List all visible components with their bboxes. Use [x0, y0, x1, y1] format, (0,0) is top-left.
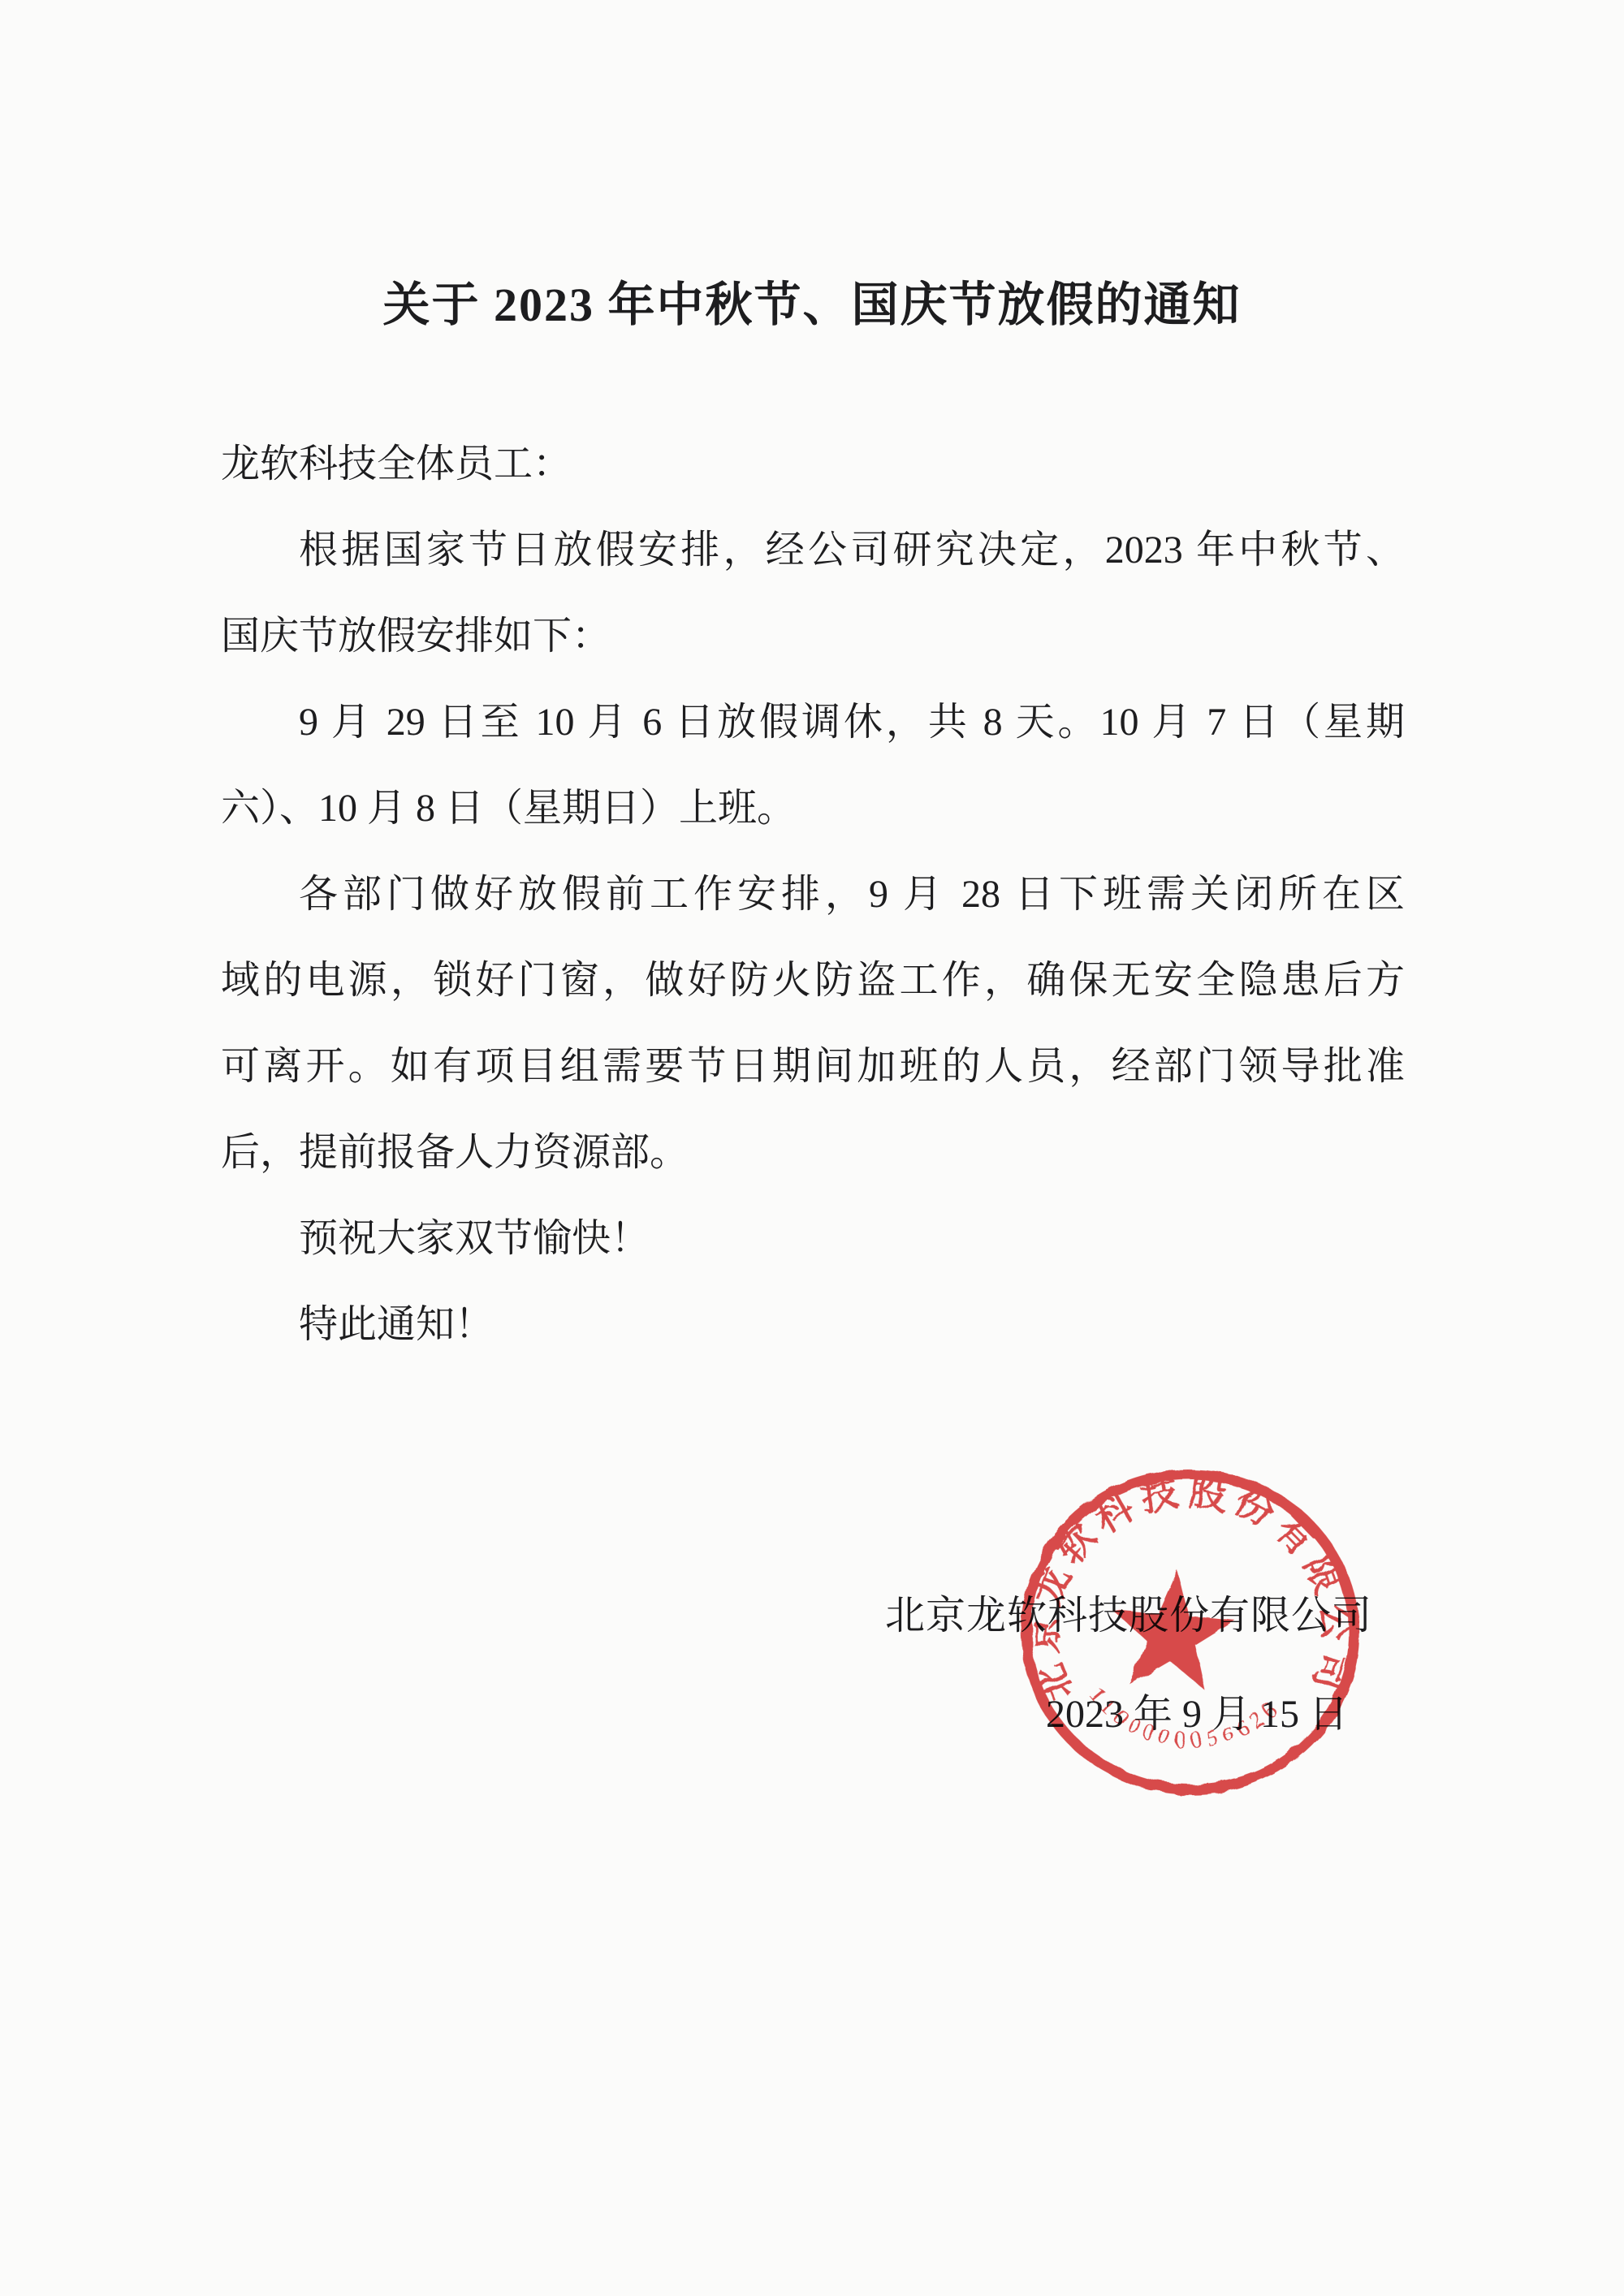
notice-title: 关于 2023 年中秋节、国庆节放假的通知: [0, 266, 1624, 334]
body-line: 六）、10 月 8 日（星期日）上班。: [221, 766, 1405, 852]
body-line: 特此通知！: [221, 1282, 1405, 1368]
notice-page: 关于 2023 年中秋节、国庆节放假的通知 龙软科技全体员工：根据国家节日放假安…: [0, 0, 1624, 2296]
body-line: 9 月 29 日至 10 月 6 日放假调休，共 8 天。10 月 7 日（星期: [221, 680, 1405, 766]
body-line: 预祝大家双节愉快！: [221, 1196, 1405, 1282]
company-seal-stamp: 北京龙软科技股份有限公司 1100000056626: [988, 1444, 1392, 1832]
seal-serial-holder: 1100000056626: [1081, 1678, 1288, 1762]
body-line: 国庆节放假安排如下：: [221, 593, 1405, 680]
star-icon: [1106, 1565, 1239, 1693]
seal-ring-text-holder: 北京龙软科技股份有限公司: [1015, 1457, 1371, 1734]
body-line: 根据国家节日放假安排，经公司研究决定，2023 年中秋节、: [221, 507, 1405, 593]
seal-serial-number: 1100000056626: [1081, 1678, 1288, 1762]
body-line: 可离开。如有项目组需要节日期间加班的人员，经部门领导批准: [221, 1024, 1405, 1110]
notice-body: 龙软科技全体员工：根据国家节日放假安排，经公司研究决定，2023 年中秋节、国庆…: [221, 421, 1405, 1368]
seal-ring-text: 北京龙软科技股份有限公司: [1015, 1457, 1371, 1734]
body-line: 后，提前报备人力资源部。: [221, 1110, 1405, 1196]
body-line: 各部门做好放假前工作安排，9 月 28 日下班需关闭所在区: [221, 852, 1405, 938]
body-line: 龙软科技全体员工：: [221, 421, 1405, 507]
body-line: 域的电源，锁好门窗，做好防火防盗工作，确保无安全隐患后方: [221, 938, 1405, 1024]
